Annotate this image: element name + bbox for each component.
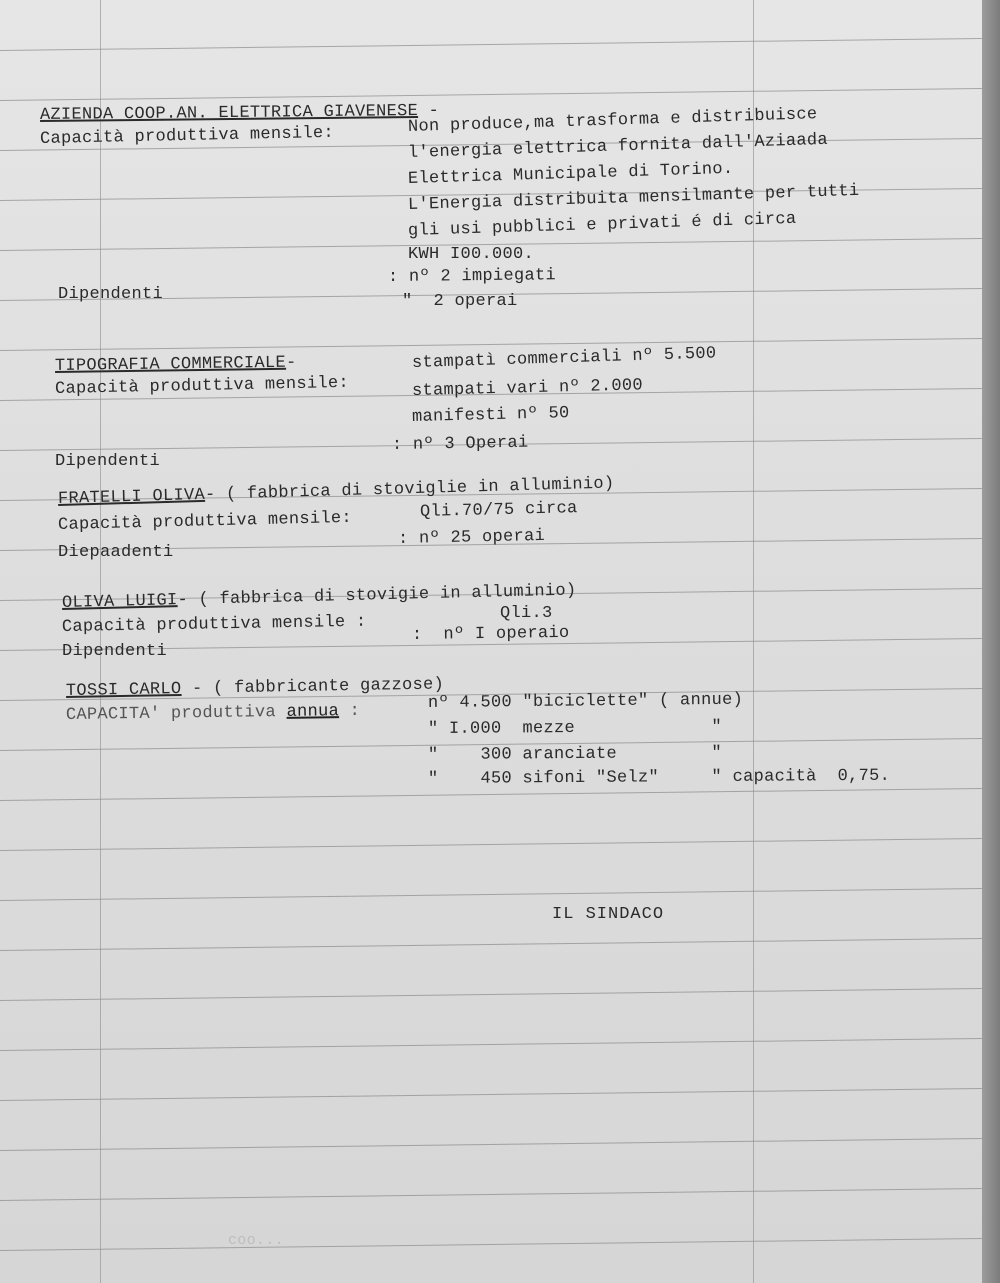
capacity-value: Elettrica Municipale di Torino.: [408, 160, 734, 189]
production-line: " I.000 mezze ": [428, 718, 722, 739]
capacity-value: Qli.3: [500, 604, 553, 623]
ruled-line: [0, 788, 982, 801]
employees-label: Dipendenti: [62, 642, 167, 661]
employees-label: Dipendenti: [58, 285, 163, 304]
capacity-value: stampati vari nº 2.000: [412, 376, 643, 401]
company-heading: TIPOGRAFIA COMMERCIALE-: [55, 354, 297, 376]
signature: IL SINDACO: [552, 905, 664, 924]
employees-label: Diepaadenti: [58, 543, 174, 562]
employees-value: : nº 2 impiegati: [388, 266, 556, 287]
capacity-value: KWH I00.000.: [408, 245, 534, 264]
ruled-line: [0, 1138, 982, 1151]
ruled-line: [0, 938, 982, 951]
employees-value: " 2 operai: [402, 292, 518, 311]
faint-bleed-text: coo...: [228, 1232, 284, 1249]
employees-label: Dipendenti: [55, 452, 160, 471]
ruled-line: [0, 1238, 982, 1251]
capacity-label: Capacità produttiva mensile:: [40, 124, 334, 149]
ruled-line: [0, 1088, 982, 1101]
capacity-value: manifesti nº 50: [412, 404, 570, 427]
ruled-line: [0, 88, 982, 101]
capacity-value: l'energia elettrica fornita dall'Aziaada: [408, 131, 828, 163]
employees-value: : nº 3 Operai: [392, 434, 529, 455]
capacity-value: gli usi pubblici e privati é di circa: [408, 210, 797, 241]
capacity-label: Capacità produttiva mensile :: [62, 613, 367, 637]
ruled-line: [0, 1188, 982, 1201]
ruled-line: [0, 1038, 982, 1051]
ruled-line: [0, 988, 982, 1001]
employees-value: : nº 25 operai: [398, 527, 545, 549]
ruled-line: [0, 838, 982, 851]
employees-value: : nº I operaio: [412, 624, 570, 645]
ruled-line: [0, 38, 982, 51]
capacity-label: CAPACITA' produttiva annua :: [66, 702, 360, 725]
company-heading: AZIENDA COOP.AN. ELETTRICA GIAVENESE -: [40, 102, 439, 125]
company-heading: TOSSI CARLO - ( fabbricante gazzose): [66, 675, 444, 701]
production-line: " 300 aranciate ": [428, 744, 722, 765]
document-page: AZIENDA COOP.AN. ELETTRICA GIAVENESE - C…: [0, 0, 982, 1283]
capacity-label: Capacità produttiva mensile:: [58, 509, 352, 535]
capacity-value: Qli.70/75 circa: [420, 499, 578, 522]
ruled-line: [0, 338, 982, 351]
production-line: nº 4.500 "biciclette" ( annue): [428, 691, 743, 713]
production-line: " 450 sifoni "Selz" " capacità 0,75.: [428, 767, 890, 789]
page-edge-shadow: [982, 0, 1000, 1283]
capacity-value: stampatì commerciali nº 5.500: [412, 344, 717, 373]
capacity-label: Capacità produttiva mensile:: [55, 374, 349, 399]
ruled-line: [0, 888, 982, 901]
